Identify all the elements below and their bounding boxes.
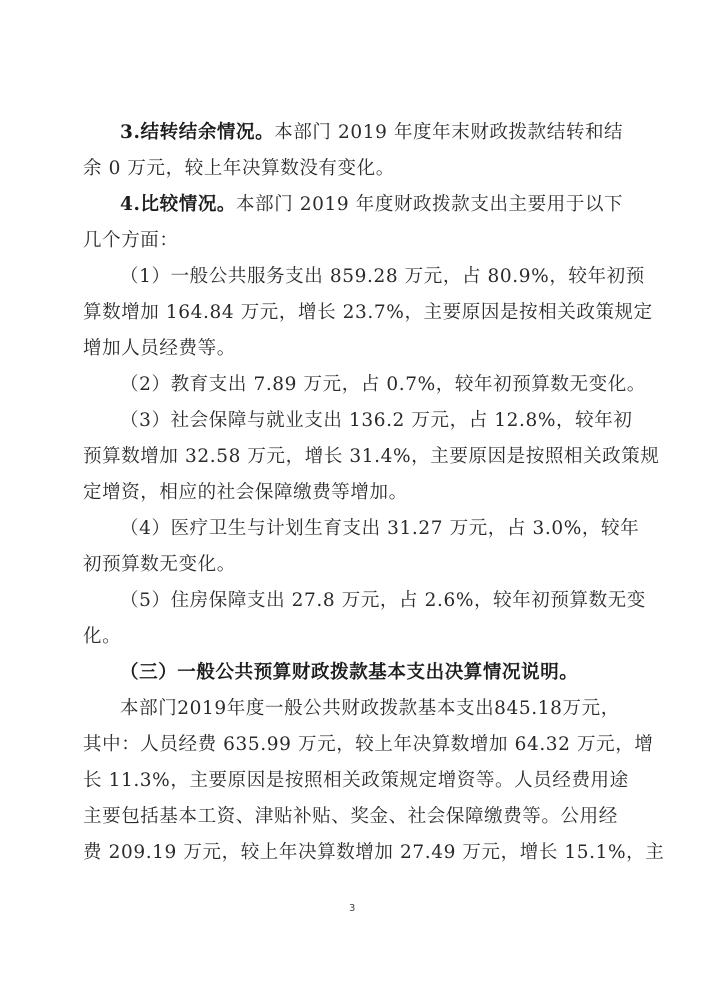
- paragraph-carryover-line-1: 3.结转结余情况。本部门 2019 年度年末财政拨款结转和结: [120, 121, 668, 145]
- paragraph-carryover-line-2: 余 0 万元，较上年决算数没有变化。: [83, 157, 631, 181]
- item-3-line-2: 预算数增加 32.58 万元，增长 31.4%，主要原因是按照相关政策规: [83, 445, 631, 469]
- section-body-line-5: 费 209.19 万元，较上年决算数增加 27.49 万元，增长 15.1%，主: [83, 841, 631, 865]
- section-body-line-3: 长 11.3%，主要原因是按照相关政策规定增资等。人员经费用途: [83, 769, 631, 793]
- item-5-line-1: （5）住房保障支出 27.8 万元，占 2.6%，较年初预算数无变: [120, 589, 668, 613]
- item-1-line-1: （1）一般公共服务支出 859.28 万元，占 80.9%，较年初预: [120, 265, 668, 289]
- section-body-line-4: 主要包括基本工资、津贴补贴、奖金、社会保障缴费等。公用经: [83, 805, 631, 829]
- section-body-line-1: 本部门2019年度一般公共财政拨款基本支出845.18万元，: [120, 697, 668, 721]
- item-1-line-3: 增加人员经费等。: [83, 337, 631, 361]
- item-3-line-3: 定增资，相应的社会保障缴费等增加。: [83, 481, 631, 505]
- heading-carryover: 3.结转结余情况。: [120, 122, 274, 143]
- item-4-line-1: （4）医疗卫生与计划生育支出 31.27 万元，占 3.0%，较年: [120, 517, 668, 541]
- section-body-line-2: 其中：人员经费 635.99 万元，较上年决算数增加 64.32 万元，增: [83, 733, 631, 757]
- item-4-line-2: 初预算数无变化。: [83, 553, 631, 577]
- item-3-line-1: （3）社会保障与就业支出 136.2 万元，占 12.8%，较年初: [120, 409, 668, 433]
- page-number: 3: [349, 903, 355, 914]
- item-1-line-2: 算数增加 164.84 万元，增长 23.7%，主要原因是按相关政策规定: [83, 301, 631, 325]
- paragraph-comparison-line-1: 4.比较情况。本部门 2019 年度财政拨款支出主要用于以下: [120, 193, 668, 217]
- paragraph-comparison-line-2: 几个方面：: [83, 229, 631, 253]
- item-2-line-1: （2）教育支出 7.89 万元，占 0.7%，较年初预算数无变化。: [120, 373, 668, 397]
- heading-comparison: 4.比较情况。: [120, 194, 236, 215]
- item-5-line-2: 化。: [83, 625, 631, 649]
- section-heading: （三）一般公共预算财政拨款基本支出决算情况说明。: [120, 661, 668, 685]
